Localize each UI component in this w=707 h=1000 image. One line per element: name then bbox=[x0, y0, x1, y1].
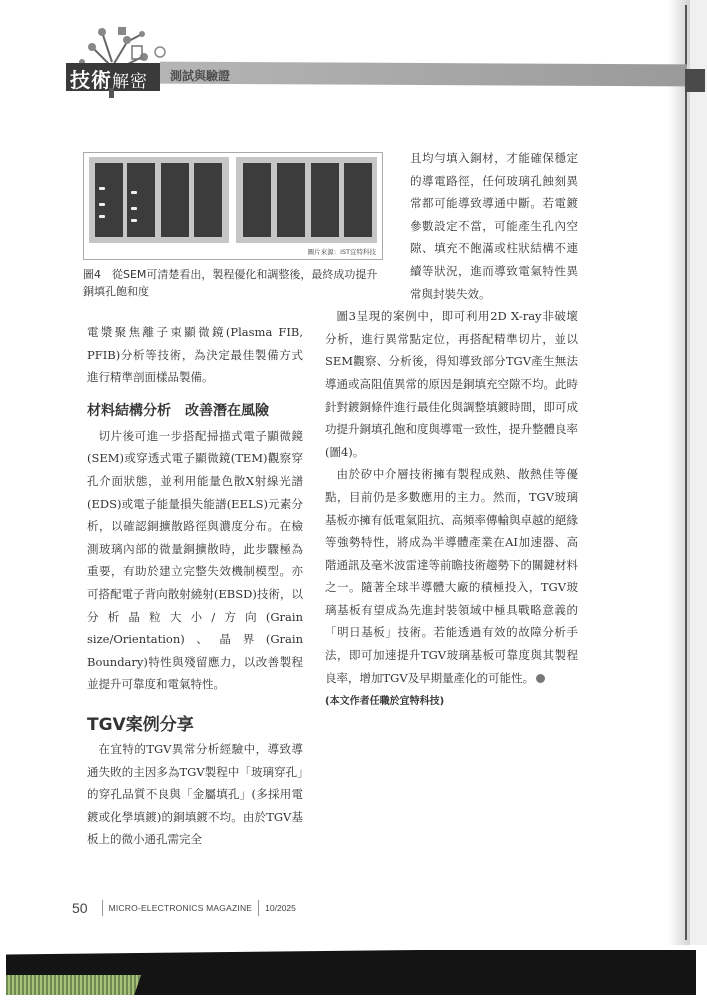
page-number: 50 bbox=[72, 900, 88, 916]
column-title: 技術解密 bbox=[70, 64, 148, 93]
tgv-case-paragraph: 在宜特的TGV異常分析經驗中，導致導通失敗的主因多為TGV製程中「玻璃穿孔」的穿… bbox=[87, 738, 303, 851]
section-tag: 測試與驗證 bbox=[170, 67, 230, 84]
magazine-page: 技術解密 測試與驗證 圖片來源：iST宜特科技 圖4 從SEM可清楚看出，製程優… bbox=[0, 0, 707, 1000]
section-heading-tgv-case: TGV案例分享 bbox=[87, 712, 303, 738]
scan-bottom-strip bbox=[6, 975, 141, 995]
page-edge bbox=[687, 0, 707, 945]
end-mark-icon bbox=[536, 674, 545, 683]
outlook-paragraph: 由於矽中介層技術擁有製程成熟、散熱佳等優點，目前仍是多數應用的主力。然而，TGV… bbox=[325, 463, 578, 689]
binding-line bbox=[685, 5, 687, 940]
magazine-name: MICRO-ELECTRONICS MAGAZINE bbox=[109, 903, 253, 913]
continued-paragraph: 且均勻填入銅材，才能確保穩定的導電路徑，任何玻璃孔蝕刻異常都可能導致導通中斷。若… bbox=[325, 147, 578, 305]
intro-paragraph: 電漿聚焦離子束顯微鏡(Plasma FIB, PFIB)分析等技術，為決定最佳製… bbox=[87, 321, 303, 389]
section-heading-material-analysis: 材料結構分析 改善潛在風險 bbox=[87, 399, 303, 423]
sem-image-before bbox=[89, 157, 229, 243]
column-title-bold: 技術 bbox=[70, 68, 112, 92]
left-column: 電漿聚焦離子束顯微鏡(Plasma FIB, PFIB)分析等技術，為決定最佳製… bbox=[87, 321, 303, 851]
author-note: (本文作者任職於宜特科技) bbox=[325, 691, 578, 714]
footer-divider bbox=[102, 900, 103, 916]
right-column: 且均勻填入銅材，才能確保穩定的導電路徑，任何玻璃孔蝕刻異常都可能導致導通中斷。若… bbox=[325, 147, 578, 714]
footer-divider bbox=[258, 900, 259, 916]
header-bar-fold bbox=[685, 69, 705, 92]
material-analysis-paragraph: 切片後可進一步搭配掃描式電子顯微鏡(SEM)或穿透式電子顯微鏡(TEM)觀察穿孔… bbox=[87, 425, 303, 696]
outlook-text: 由於矽中介層技術擁有製程成熟、散熱佳等優點，目前仍是多數應用的主力。然而，TGV… bbox=[325, 467, 578, 684]
case-paragraph: 圖3呈現的案例中，即可利用2D X-ray非破壞分析，進行異常點定位，再搭配精準… bbox=[325, 305, 578, 463]
page-footer: 50 MICRO-ELECTRONICS MAGAZINE 10/2025 bbox=[72, 900, 296, 916]
header-section-bar bbox=[160, 62, 687, 87]
column-title-thin: 解密 bbox=[112, 72, 148, 92]
issue-date: 10/2025 bbox=[265, 903, 296, 913]
